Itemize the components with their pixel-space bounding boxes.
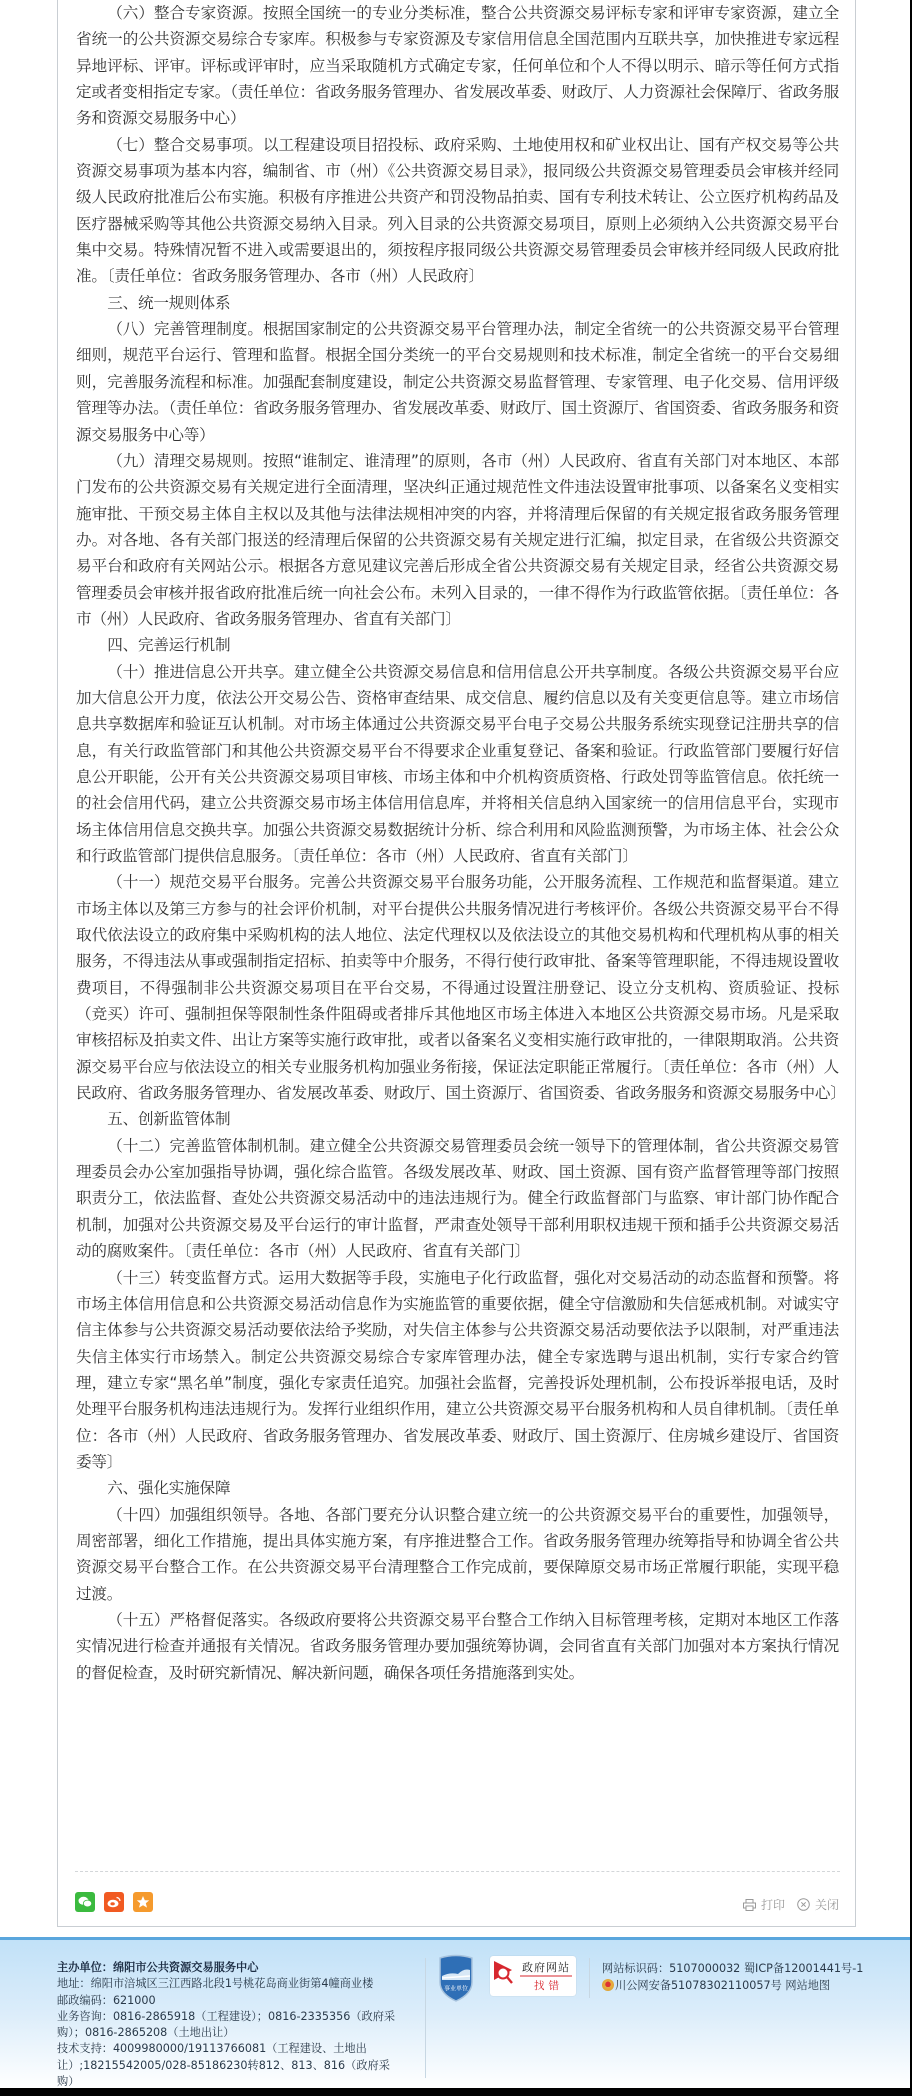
- close-label: 关闭: [815, 1896, 839, 1913]
- print-button[interactable]: 打印: [743, 1896, 785, 1913]
- share-bar: [75, 1892, 153, 1912]
- paragraph-item-12: （十二）完善监管体制机制。建立健全公共资源交易管理委员会统一领导下的管理体制，省…: [76, 1133, 839, 1265]
- paragraph-item-6: （六）整合专家资源。按照全国统一的专业分类标准，整合公共资源交易评标专家和评审专…: [76, 0, 839, 132]
- gov-site-error-report-badge[interactable]: 政府网站 找错: [490, 1956, 576, 1996]
- article-body: （六）整合专家资源。按照全国统一的专业分类标准，整合公共资源交易评标专家和评审专…: [76, 0, 839, 1686]
- share-wechat-button[interactable]: [75, 1892, 95, 1912]
- close-button[interactable]: 关闭: [797, 1896, 839, 1913]
- paragraph-item-11: （十一）规范交易平台服务。完善公共资源交易平台服务功能，公开服务流程、工作规范和…: [76, 869, 839, 1106]
- article-card: （六）整合专家资源。按照全国统一的专业分类标准，整合公共资源交易评标专家和评审专…: [57, 0, 856, 1927]
- footer-organizer: 主办单位：绵阳市公共资源交易服务中心: [57, 1960, 397, 1976]
- public-institution-badge-icon[interactable]: 事业单位: [436, 1954, 476, 2002]
- weibo-icon: [107, 1896, 121, 1908]
- print-label: 打印: [761, 1896, 785, 1913]
- section-heading-6: 六、强化实施保障: [76, 1475, 839, 1501]
- paragraph-item-14: （十四）加强组织领导。各地、各部门要充分认识整合建立统一的公共资源交易平台的重要…: [76, 1502, 839, 1607]
- paragraph-item-7: （七）整合交易事项。以工程建设项目招投标、政府采购、土地使用权和矿业权出让、国有…: [76, 132, 839, 290]
- police-badge-icon: [602, 1979, 614, 1991]
- wechat-icon: [78, 1896, 92, 1908]
- printer-icon: [743, 1899, 756, 1911]
- section-heading-4: 四、完善运行机制: [76, 632, 839, 658]
- jiucuo-line1: 政府网站: [522, 1959, 570, 1975]
- site-id-icp: 网站标识码：5107000032 蜀ICP备12001441号-1: [602, 1961, 863, 1978]
- section-heading-3: 三、统一规则体系: [76, 290, 839, 316]
- paragraph-item-9: （九）清理交易规则。按照“谁制定、谁清理”的原则，各市（州）人民政府、省直有关部…: [76, 448, 839, 632]
- paragraph-item-13: （十三）转变监督方式。运用大数据等手段，实施电子化行政监督，强化对交易活动的动态…: [76, 1265, 839, 1476]
- footer-postcode: 邮政编码：621000: [57, 1993, 397, 2009]
- footer-divider-2: [589, 1958, 590, 1998]
- footer-contact-info: 主办单位：绵阳市公共资源交易服务中心 地址：绵阳市涪城区三江西路北段1号桃花岛商…: [57, 1960, 397, 2090]
- footer-divider: [425, 1958, 426, 2078]
- paragraph-item-15: （十五）严格督促落实。各级政府要将公共资源交易平台整合工作纳入目标管理考核，定期…: [76, 1607, 839, 1686]
- footer-address: 地址：绵阳市涪城区三江西路北段1号桃花岛商业街第4幢商业楼: [57, 1976, 397, 1992]
- paragraph-item-8: （八）完善管理制度。根据国家制定的公共资源交易平台管理办法，制定全省统一的公共资…: [76, 316, 839, 448]
- site-footer: 主办单位：绵阳市公共资源交易服务中心 地址：绵阳市涪城区三江西路北段1号桃花岛商…: [0, 1937, 912, 2088]
- svg-text:事业单位: 事业单位: [444, 1985, 468, 1993]
- footer-tech-support: 技术支持：4009980000/19113766081（工程建设、土地出让）;1…: [57, 2041, 397, 2090]
- article-tools: 打印 关闭: [743, 1896, 839, 1913]
- jiucuo-line2: 找错: [534, 1978, 563, 1993]
- share-weibo-button[interactable]: [104, 1892, 124, 1912]
- share-qzone-button[interactable]: [133, 1892, 153, 1912]
- close-circle-icon: [797, 1898, 810, 1911]
- police-record[interactable]: 川公网安备51078302110057号: [615, 1979, 782, 1992]
- footer-consult-phones: 业务咨询：0816-2865918（工程建设）；0816-2335356（政府采…: [57, 2009, 397, 2042]
- screen-edge-bottom: [0, 2088, 912, 2096]
- section-heading-5: 五、创新监管体制: [76, 1106, 839, 1132]
- qzone-icon: [136, 1895, 150, 1909]
- dashed-divider: [75, 1871, 840, 1872]
- paragraph-item-10: （十）推进信息公开共享。建立健全公共资源交易信息和信用信息公开共享制度。各级公共…: [76, 659, 839, 870]
- sitemap-link[interactable]: 网站地图: [785, 1979, 830, 1992]
- footer-site-records: 网站标识码：5107000032 蜀ICP备12001441号-1 川公网安备5…: [602, 1961, 863, 1994]
